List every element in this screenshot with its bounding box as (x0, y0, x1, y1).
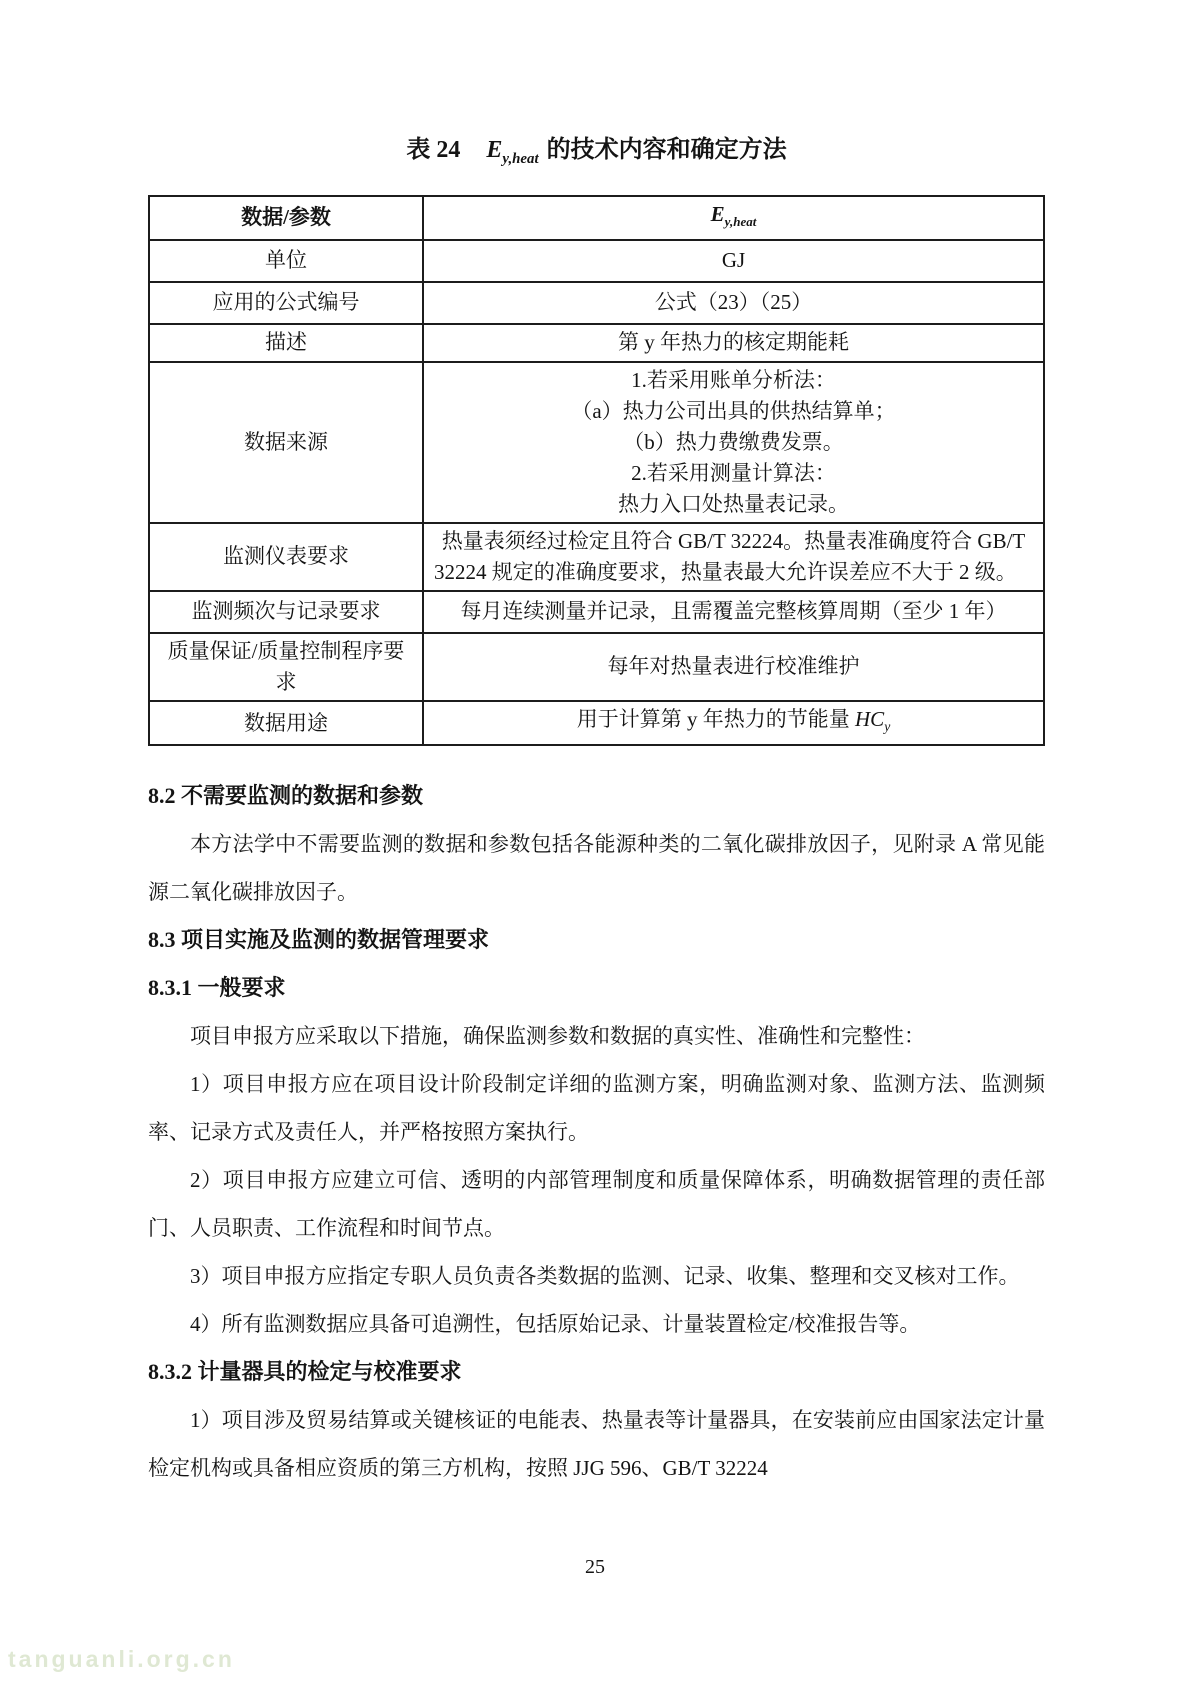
row-value-cell: 公式（23）（25） (423, 282, 1044, 324)
list-item: 2）项目申报方应建立可信、透明的内部管理制度和质量保障体系，明确数据管理的责任部… (148, 1156, 1045, 1252)
table-row-instrument-requirements: 监测仪表要求 热量表须经过检定且符合 GB/T 32224。热量表准确度符合 G… (149, 523, 1044, 591)
row-label-cell: 监测仪表要求 (149, 523, 423, 591)
table-caption: 表 24Ey,heat的技术内容和确定方法 (148, 132, 1045, 177)
row-label-cell: 应用的公式编号 (149, 282, 423, 324)
row-value-cell: 每月连续测量并记录，且需覆盖完整核算周期（至少 1 年） (423, 591, 1044, 633)
row-value-cell: 第 y 年热力的核定期能耗 (423, 324, 1044, 362)
table-caption-number: 表 24 (406, 137, 460, 163)
paragraph: 1）项目涉及贸易结算或关键核证的电能表、热量表等计量器具，在安装前应由国家法定计… (148, 1396, 1045, 1492)
row-label-cell: 单位 (149, 240, 423, 282)
table-row-qa-qc: 质量保证/质量控制程序要求 每年对热量表进行校准维护 (149, 633, 1044, 701)
table-row-formula: 应用的公式编号 公式（23）（25） (149, 282, 1044, 324)
parameter-table: 数据/参数 Ey,heat 单位 GJ 应用的公式编号 公式（23）（25） 描… (148, 195, 1045, 746)
table-header-row: 数据/参数 Ey,heat (149, 196, 1044, 240)
row-value-cell: 每年对热量表进行校准维护 (423, 633, 1044, 701)
page-number: 25 (0, 1552, 1190, 1582)
row-value-cell: 用于计算第 y 年热力的节能量 HCy (423, 701, 1044, 745)
source-line: 1.若采用账单分析法： (434, 365, 1033, 396)
row-label-cell: 数据用途 (149, 701, 423, 745)
row-value-cell: GJ (423, 240, 1044, 282)
header-variable-cell: Ey,heat (423, 196, 1044, 240)
section-heading-8-3: 8.3 项目实施及监测的数据管理要求 (148, 916, 1045, 964)
hc-variable: HCy (855, 707, 890, 731)
list-item: 1）项目申报方应在项目设计阶段制定详细的监测方案，明确监测对象、监测方法、监测频… (148, 1060, 1045, 1156)
source-line: 热力入口处热量表记录。 (434, 489, 1033, 520)
paragraph: 项目申报方应采取以下措施，确保监测参数和数据的真实性、准确性和完整性： (148, 1012, 1045, 1060)
table-caption-variable: Ey,heat (486, 137, 538, 163)
section-heading-8-3-2: 8.3.2 计量器具的检定与校准要求 (148, 1348, 1045, 1396)
table-row-monitoring-frequency: 监测频次与记录要求 每月连续测量并记录，且需覆盖完整核算周期（至少 1 年） (149, 591, 1044, 633)
source-line: （a）热力公司出具的供热结算单； (434, 396, 1033, 427)
list-item: 3）项目申报方应指定专职人员负责各类数据的监测、记录、收集、整理和交叉核对工作。 (148, 1252, 1045, 1300)
section-heading-8-2: 8.2 不需要监测的数据和参数 (148, 772, 1045, 820)
row-label-cell: 描述 (149, 324, 423, 362)
paragraph: 本方法学中不需要监测的数据和参数包括各能源种类的二氧化碳排放因子，见附录 A 常… (148, 820, 1045, 916)
source-line: 2.若采用测量计算法： (434, 458, 1033, 489)
source-line: （b）热力费缴费发票。 (434, 427, 1033, 458)
row-label-cell: 质量保证/质量控制程序要求 (149, 633, 423, 701)
row-label-cell: 监测频次与记录要求 (149, 591, 423, 633)
table-row-data-source: 数据来源 1.若采用账单分析法： （a）热力公司出具的供热结算单； （b）热力费… (149, 362, 1044, 523)
list-item: 4）所有监测数据应具备可追溯性，包括原始记录、计量装置检定/校准报告等。 (148, 1300, 1045, 1348)
row-label-cell: 数据来源 (149, 362, 423, 523)
section-heading-8-3-1: 8.3.1 一般要求 (148, 964, 1045, 1012)
header-label-cell: 数据/参数 (149, 196, 423, 240)
table-row-unit: 单位 GJ (149, 240, 1044, 282)
row-value-cell: 热量表须经过检定且符合 GB/T 32224。热量表准确度符合 GB/T 322… (423, 523, 1044, 591)
table-row-description: 描述 第 y 年热力的核定期能耗 (149, 324, 1044, 362)
row-value-cell: 1.若采用账单分析法： （a）热力公司出具的供热结算单； （b）热力费缴费发票。… (423, 362, 1044, 523)
table-caption-text: 的技术内容和确定方法 (547, 137, 787, 163)
watermark: tanguanli.org.cn (8, 1646, 235, 1673)
page-content: 表 24Ey,heat的技术内容和确定方法 数据/参数 Ey,heat 单位 G… (148, 0, 1045, 1492)
table-row-data-usage: 数据用途 用于计算第 y 年热力的节能量 HCy (149, 701, 1044, 745)
